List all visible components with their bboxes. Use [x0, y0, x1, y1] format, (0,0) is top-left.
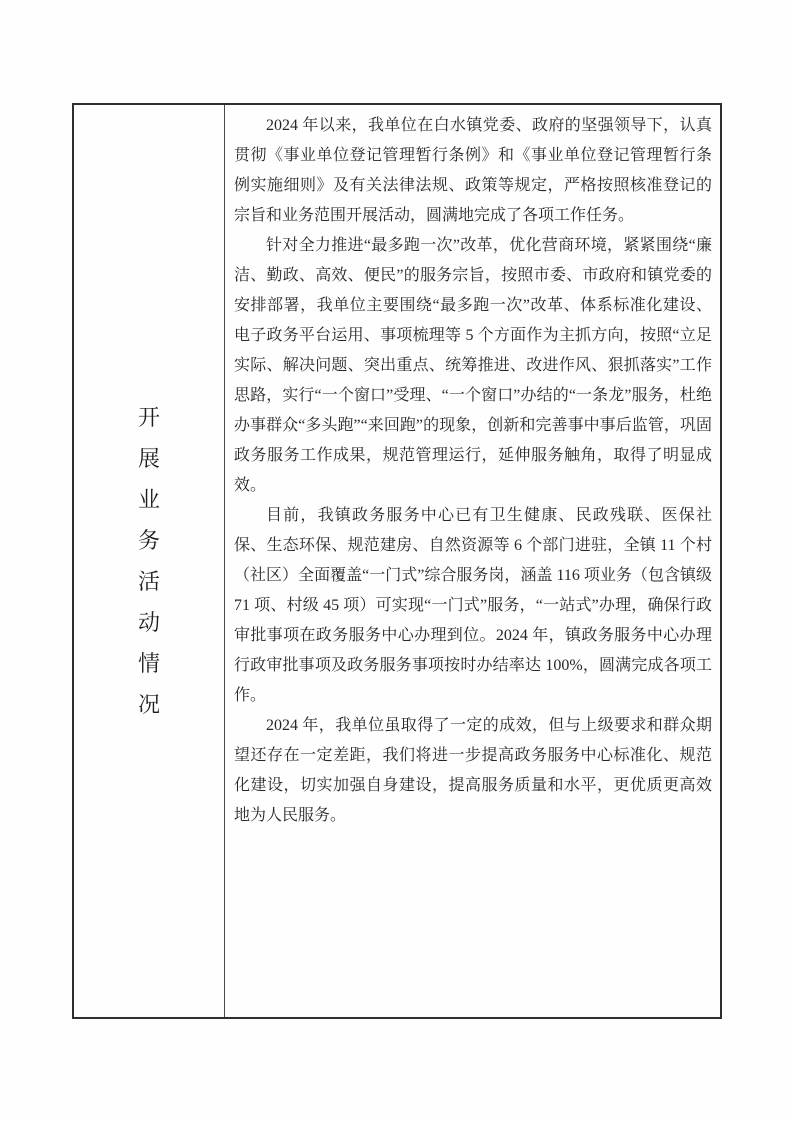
- paragraph-overview: 2024 年以来，我单位在白水镇党委、政府的坚强领导下，认真贯彻《事业单位登记管…: [234, 111, 712, 231]
- table-content-cell: 2024 年以来，我单位在白水镇党委、政府的坚强领导下，认真贯彻《事业单位登记管…: [225, 105, 720, 1017]
- document-page: 开展业务活动情况 2024 年以来，我单位在白水镇党委、政府的坚强领导下，认真贯…: [0, 0, 793, 1121]
- paragraph-outlook: 2024 年，我单位虽取得了一定的成效，但与上级要求和群众期望还存在一定差距，我…: [234, 711, 712, 831]
- row-header-label: 开展业务活动情况: [137, 397, 161, 725]
- paragraph-reform-measures: 针对全力推进“最多跑一次”改革，优化营商环境，紧紧围绕“廉洁、勤政、高效、便民”…: [234, 231, 712, 501]
- table-row-header-cell: 开展业务活动情况: [74, 105, 225, 1017]
- paragraph-service-center-status: 目前，我镇政务服务中心已有卫生健康、民政残联、医保社保、生态环保、规范建房、自然…: [234, 501, 712, 711]
- business-activities-table: 开展业务活动情况 2024 年以来，我单位在白水镇党委、政府的坚强领导下，认真贯…: [72, 103, 722, 1019]
